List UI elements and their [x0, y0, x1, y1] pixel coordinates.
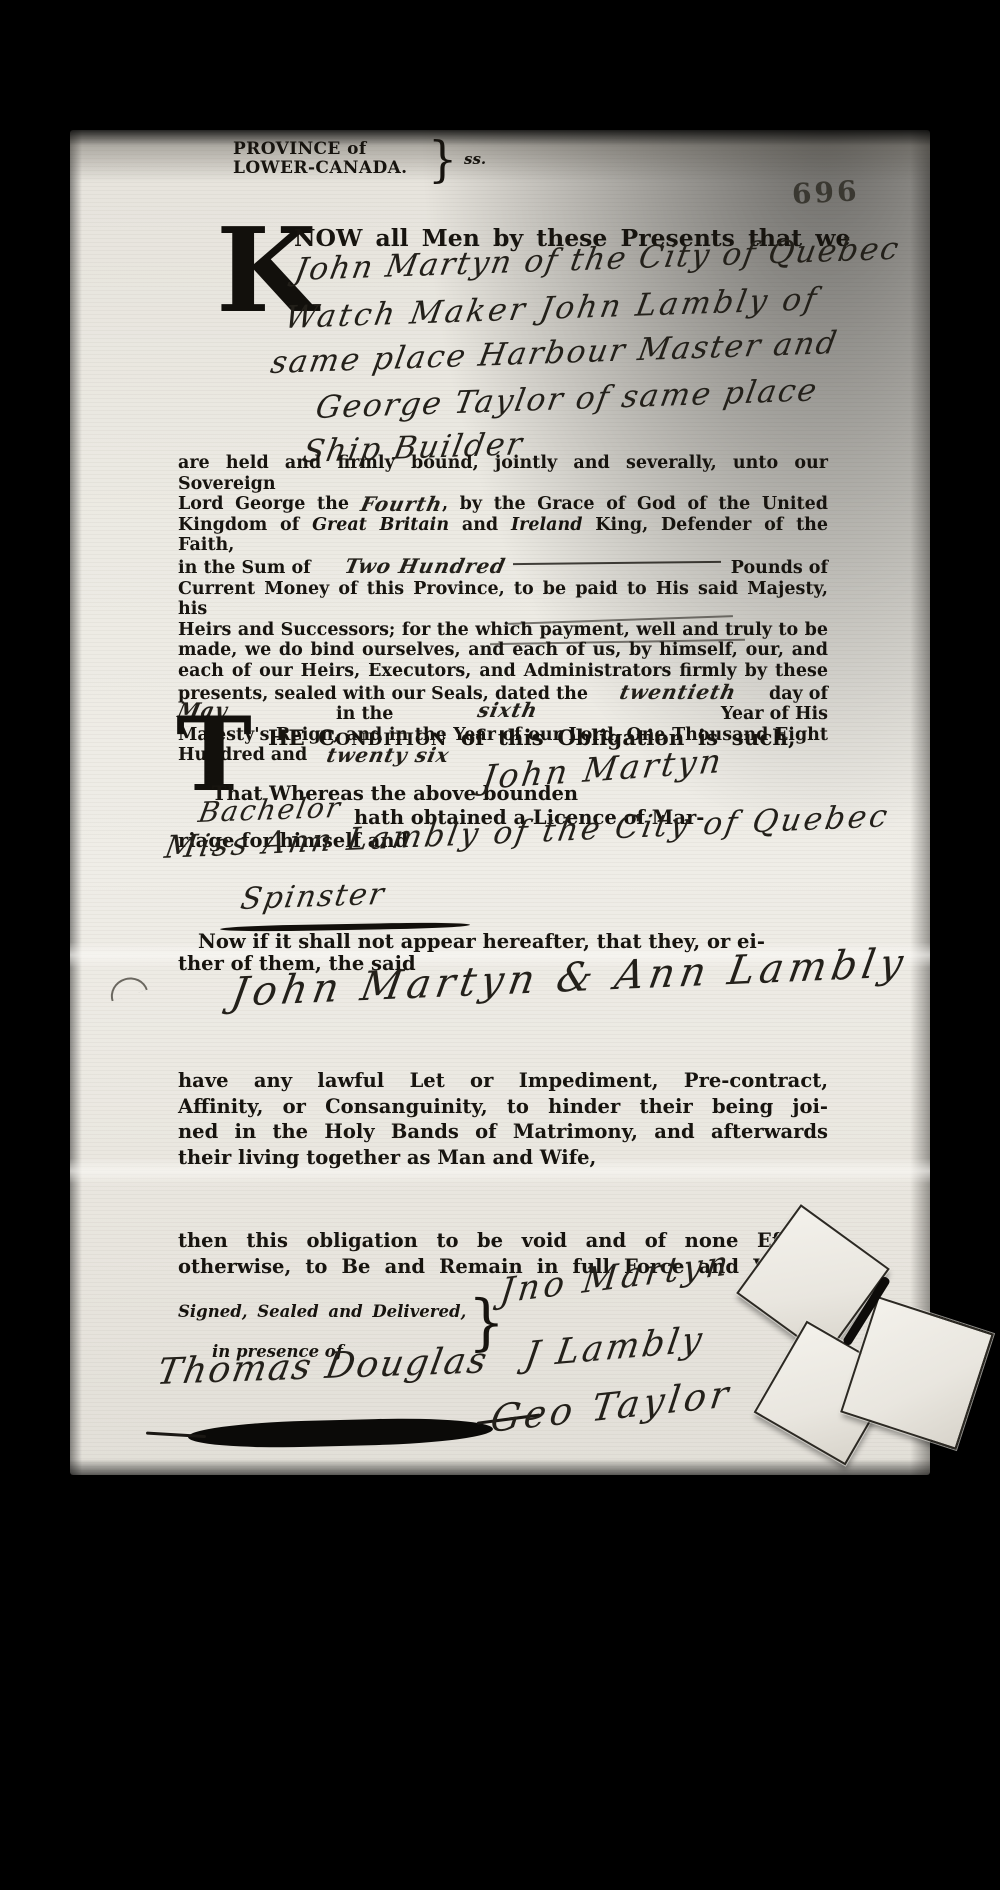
sum-blank: Two Hundred — [311, 556, 731, 577]
bond-line-5: Current Money of this Province, to be pa… — [178, 579, 828, 620]
header-brace-glyph: } — [428, 131, 457, 188]
scan-background: { "page": { "doc_number": "696", "provin… — [0, 0, 1000, 1890]
margin-pen-mark — [106, 973, 148, 1002]
signature-geo-taylor: Geo Taylor — [488, 1372, 735, 1441]
condition-headline-a: HE C — [268, 726, 335, 751]
document-number: 696 — [791, 174, 860, 210]
condition-headline-b: ONDITION — [335, 730, 447, 750]
document-page: PROVINCE of LOWER-CANADA. } ss. 696 K NO… — [70, 130, 930, 1475]
bond-line-2-print-b: , by the Grace of God of the United — [442, 494, 828, 514]
bond-line-10-print-b: Year of His — [721, 704, 828, 725]
attestation-label: Signed, Sealed and Delivered, — [178, 1302, 466, 1321]
bond-line-2-print-a: Lord George the — [178, 494, 349, 514]
bond-line-2: Lord George the Fourth, by the Grace of … — [178, 494, 828, 515]
bond-line-6: Heirs and Successors; for the which paym… — [178, 620, 828, 641]
ink-blot-flourish — [188, 1416, 494, 1450]
handwritten-fill-day: twentieth — [618, 682, 738, 703]
handwritten-bride-status: Spinster — [238, 877, 388, 917]
impediment-line-3: ned in the Holy Bands of Matrimony, and … — [178, 1119, 828, 1145]
province-line-2: LOWER-CANADA. — [233, 159, 408, 178]
handwritten-fill-sum: Two Hundred — [342, 556, 507, 577]
bond-line-10-print-a: in the — [336, 704, 393, 725]
bond-line-3-italic-b: Ireland — [511, 515, 583, 535]
blank-line-dash — [513, 561, 721, 565]
bond-line-4-print-b: Pounds of — [731, 558, 828, 579]
bond-line-3-print-a: Kingdom of — [178, 515, 299, 535]
bond-line-3: Kingdom of Great Britain and Ireland Kin… — [178, 515, 828, 556]
bond-line-9-print-b: day of — [769, 684, 828, 705]
witness-signature: Thomas Douglas — [154, 1340, 492, 1393]
bond-line-3-italic-a: Great Britain — [312, 515, 449, 535]
bond-paragraph: are held and firmly bound, jointly and s… — [178, 453, 828, 766]
grantor-hand-line-4: George Taylor of same place — [313, 372, 821, 426]
impediment-line-4: their living together as Man and Wife, — [178, 1145, 828, 1171]
province-heading: PROVINCE of LOWER-CANADA. — [233, 140, 408, 178]
bond-line-8: each of our Heirs, Executors, and Admini… — [178, 661, 828, 682]
ss-abbreviation: ss. — [464, 150, 486, 168]
impediment-line-2: Affinity, or Consanguinity, to hinder th… — [178, 1094, 828, 1120]
province-line-1: PROVINCE of — [233, 140, 408, 159]
bond-line-10: May in the sixth Year of His — [178, 704, 828, 725]
impediment-paragraph: have any lawful Let or Impediment, Pre-c… — [178, 1068, 828, 1170]
impediment-line-1: have any lawful Let or Impediment, Pre-c… — [178, 1068, 828, 1094]
signature-j-lambly: J Lambly — [522, 1320, 708, 1376]
bond-line-4: in the Sum of Two Hundred Pounds of — [178, 556, 828, 579]
handwritten-fill-king-ordinal: Fourth — [358, 494, 444, 515]
bond-line-3-print-b: and — [462, 515, 498, 535]
bond-line-4-print-a: in the Sum of — [178, 558, 311, 579]
handwritten-fill-regnal-year: sixth — [476, 700, 540, 721]
bond-line-1: are held and firmly bound, jointly and s… — [178, 453, 828, 494]
